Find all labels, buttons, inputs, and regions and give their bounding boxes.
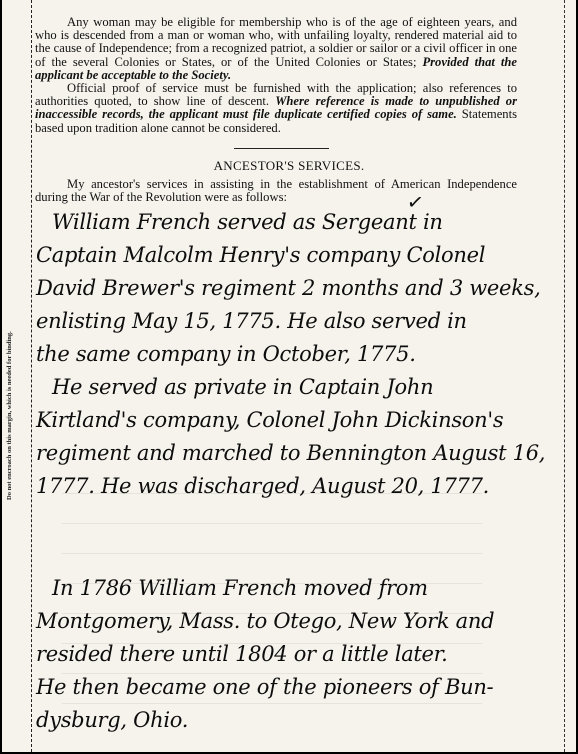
right-edge-rule [564,0,565,752]
handwritten-line: He then became one of the pioneers of Bu… [36,671,556,704]
eligibility-paragraph: Any woman may be eligible for membership… [35,16,517,82]
handwritten-line: the same company in October, 1775. [36,338,556,371]
binding-margin-rule [31,0,32,752]
document-page: Do not encroach on this margin, which is… [2,0,576,752]
handwritten-line: Montgomery, Mass. to Otego, New York and [36,605,556,638]
handwritten-line: David Brewer's regiment 2 months and 3 w… [36,272,556,305]
handwritten-line: 1777. He was discharged, August 20, 1777… [36,470,556,503]
section-intro-text: My ancestor's services in assisting in t… [35,178,517,204]
handwritten-line: enlisting May 15, 1775. He also served i… [36,305,556,338]
section-heading: ANCESTOR'S SERVICES. [2,158,576,174]
handwritten-line: dysburg, Ohio. [36,704,556,737]
handwritten-line: He served as private in Captain John [36,371,556,404]
printed-instructions: Any woman may be eligible for membership… [35,16,517,135]
handwritten-line: Captain Malcolm Henry's company Colonel [36,239,556,272]
binding-margin-note: Do not encroach on this margin, which is… [6,200,13,500]
handwritten-line: regiment and marched to Bennington Augus… [36,437,556,470]
handwritten-line: Kirtland's company, Colonel John Dickins… [36,404,556,437]
proof-paragraph: Official proof of service must be furnis… [35,82,517,135]
handwritten-line: William French served as Sergeant in [36,206,556,239]
handwritten-line: In 1786 William French moved from [36,572,556,605]
handwritten-services: William French served as Sergeant in Cap… [36,206,556,503]
section-intro: My ancestor's services in assisting in t… [35,178,517,204]
section-divider [234,148,329,149]
handwritten-later-life: In 1786 William French moved from Montgo… [36,572,556,737]
handwritten-line: resided there until 1804 or a little lat… [36,638,556,671]
